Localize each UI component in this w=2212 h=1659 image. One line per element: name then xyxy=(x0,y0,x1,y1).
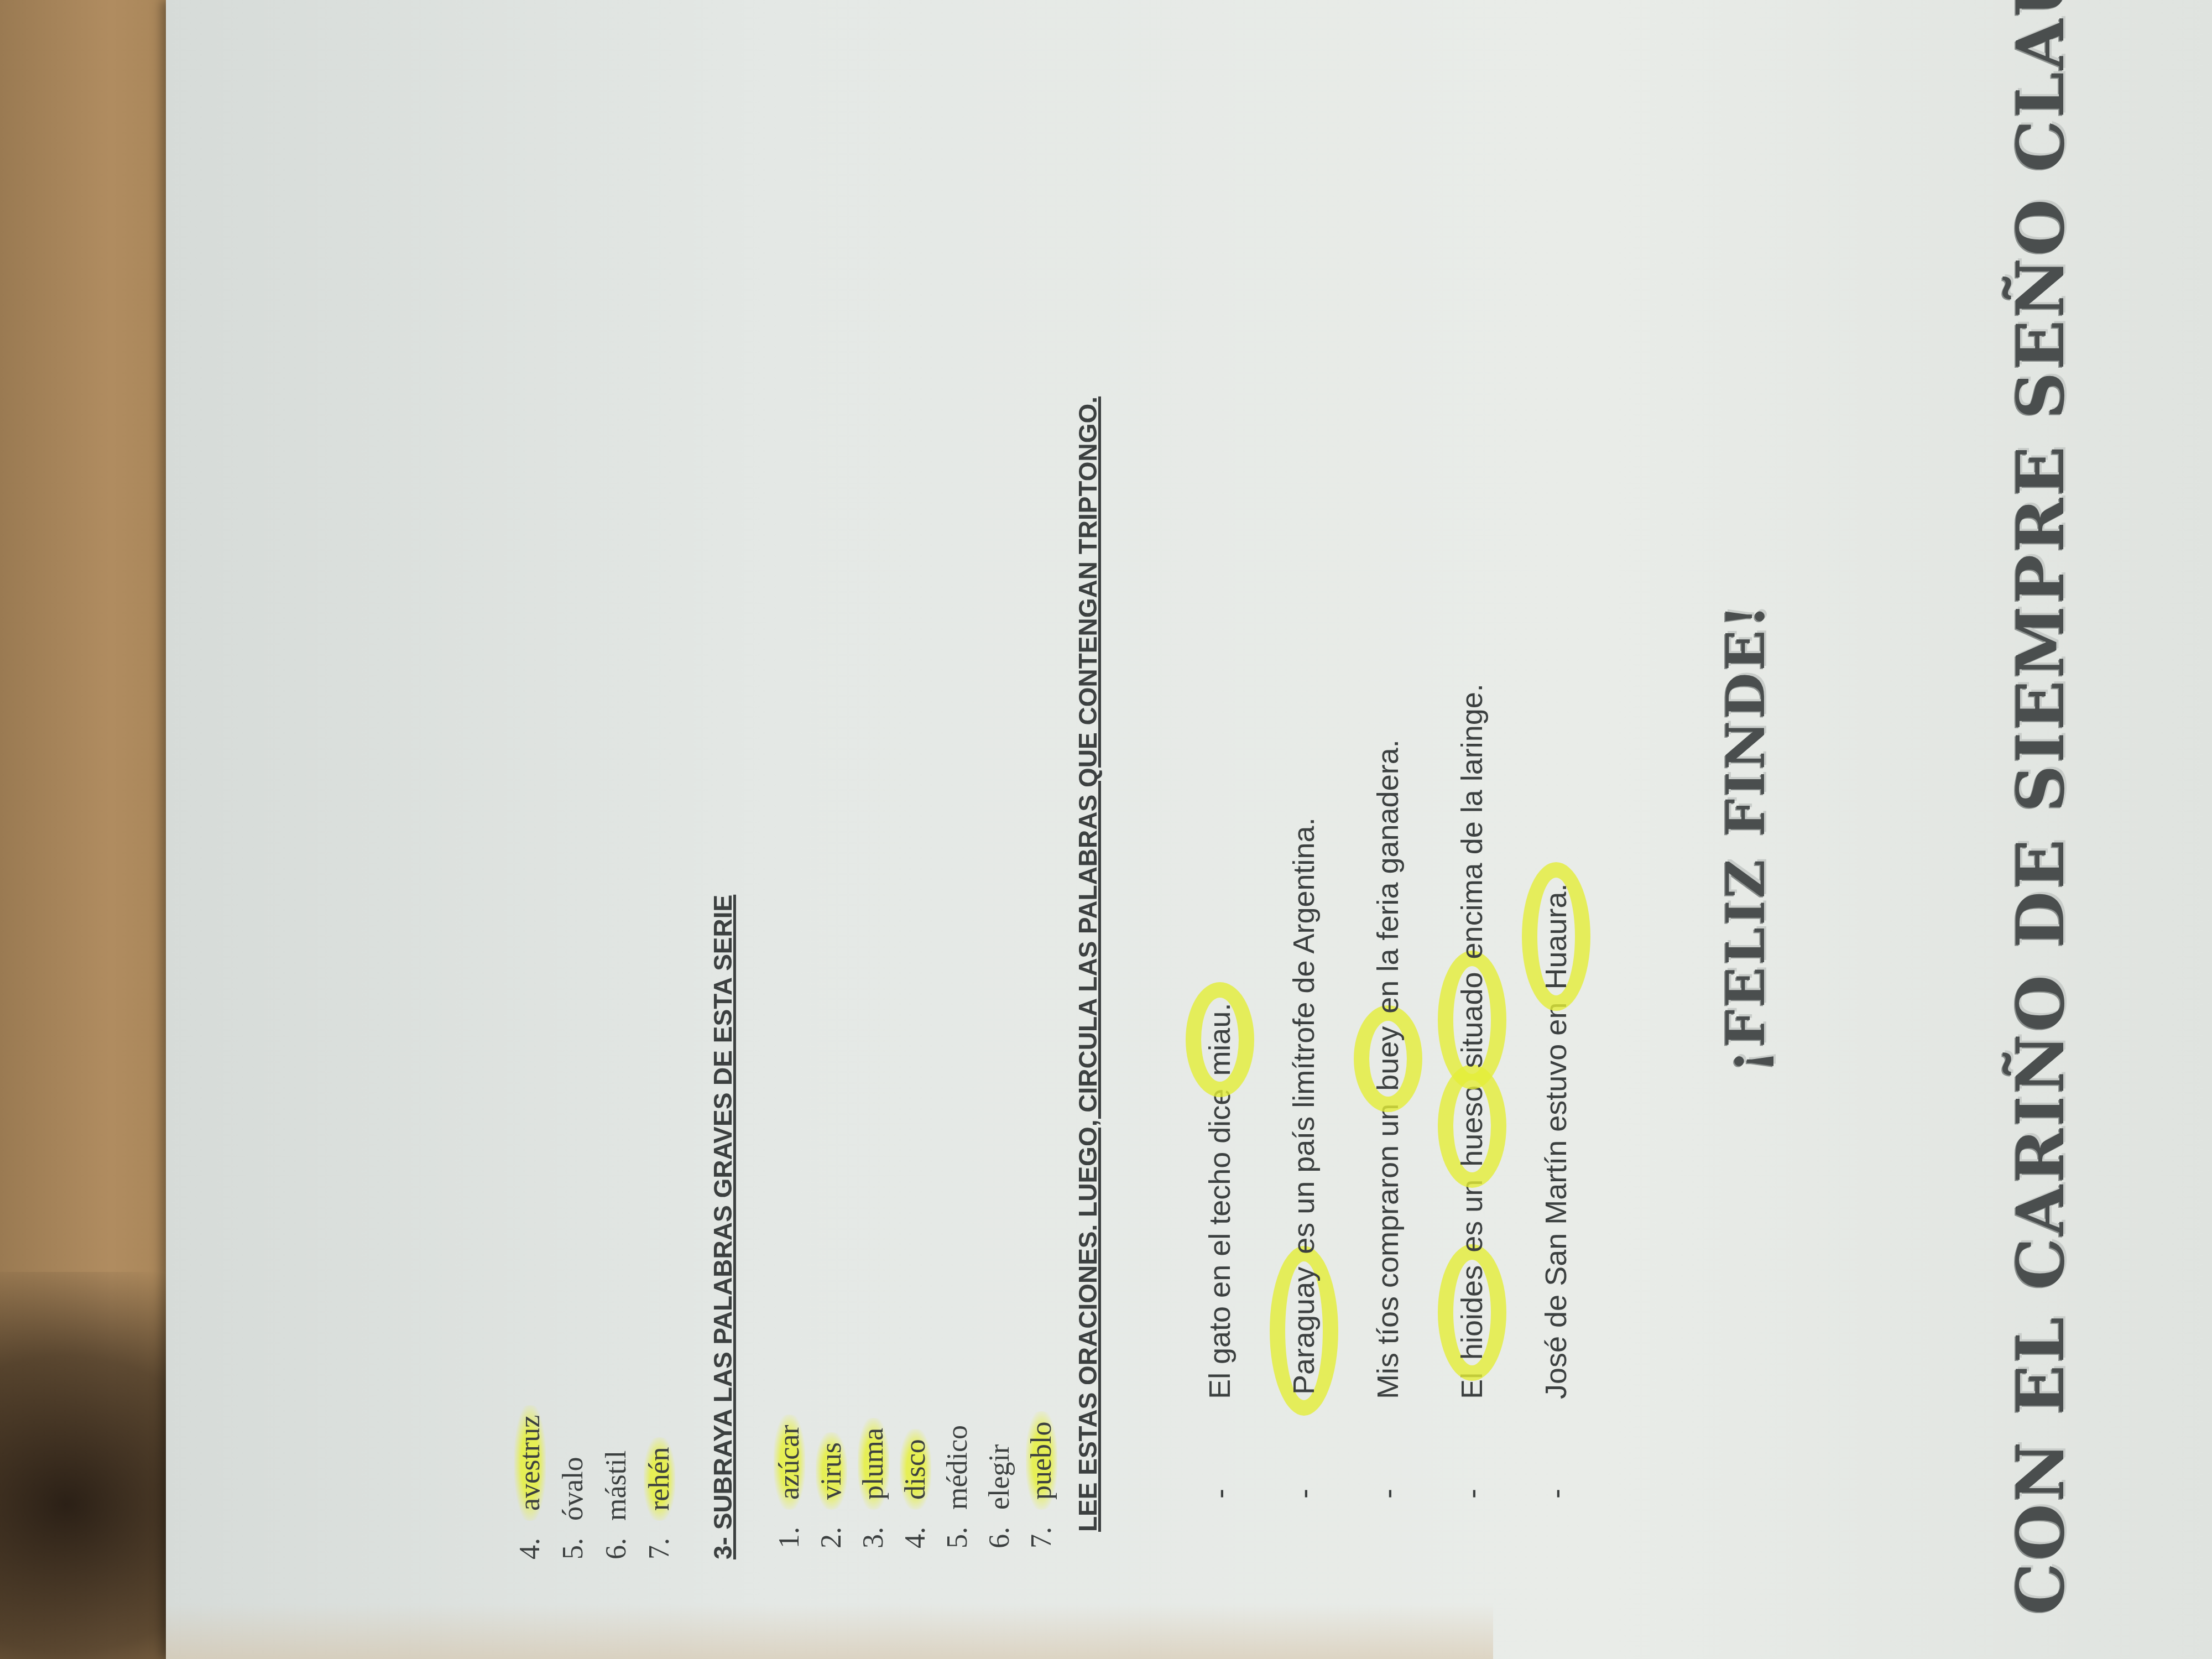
sentence-row: -El hioides es un hueso situado encima d… xyxy=(1430,684,1514,1499)
list-word: óvalo xyxy=(557,1457,589,1521)
triptongo-sentences: -El gato en el techo dice miau.-Paraguay… xyxy=(1178,684,1598,1499)
list-word: elegir xyxy=(984,1444,1015,1510)
circled-word: miau. xyxy=(1186,982,1254,1097)
word-list-item: 7.rehén xyxy=(638,1405,681,1559)
list-word: virus xyxy=(816,1432,847,1510)
feliz-finde-title: ¡FELIZ FINDE! xyxy=(1714,602,1777,1073)
circled-word: Huaura. xyxy=(1522,862,1590,1010)
bullet-dash: - xyxy=(1178,1399,1262,1499)
worksheet-content: 4.avestruz5.óvalo6.mástil7.rehén 3- SUBR… xyxy=(166,0,2157,1659)
graves-list-item: 2.virus xyxy=(811,1411,853,1548)
sentence-text: José de San Martín estuvo en xyxy=(1540,994,1573,1399)
graves-list-item: 4.disco xyxy=(895,1411,937,1548)
list-word: pluma xyxy=(858,1418,889,1510)
circled-word: situado xyxy=(1438,951,1506,1089)
sentence-row: -El gato en el techo dice miau. xyxy=(1178,684,1262,1499)
circled-word: hioides xyxy=(1438,1244,1506,1381)
sentence-text: es un país limítrofe de Argentina. xyxy=(1287,817,1321,1262)
graves-word-list: 1.azúcar2.virus3.pluma4.disco5.médico6.e… xyxy=(769,1411,1063,1548)
word-list-continued: 4.avestruz5.óvalo6.mástil7.rehén xyxy=(509,1405,681,1559)
word-list-item: 4.avestruz xyxy=(509,1405,552,1559)
graves-list-item: 7.pueblo xyxy=(1021,1411,1063,1548)
word-list-item: 6.mástil xyxy=(595,1405,638,1559)
graves-list-item: 3.pluma xyxy=(853,1411,895,1548)
sentence-row: -Mis tíos compraron un buey en la feria … xyxy=(1346,684,1430,1499)
sentence-text: Mis tíos compraron un xyxy=(1371,1095,1405,1399)
sentence-text: en la feria ganadera. xyxy=(1371,739,1405,1021)
sentence-row: -Paraguay es un país limítrofe de Argent… xyxy=(1262,684,1346,1499)
list-number: 2. xyxy=(811,1510,853,1548)
sentence-text: encima de la laringe. xyxy=(1455,684,1489,967)
graves-list-item: 1.azúcar xyxy=(769,1411,811,1548)
graves-list-item: 5.médico xyxy=(937,1411,979,1548)
list-number: 7. xyxy=(638,1521,681,1559)
list-number: 7. xyxy=(1021,1510,1063,1548)
list-number: 5. xyxy=(552,1521,595,1559)
list-word: mástil xyxy=(601,1451,632,1521)
sentence-text: El gato en el techo dice xyxy=(1203,1081,1237,1399)
list-number: 6. xyxy=(595,1521,638,1559)
bullet-dash: - xyxy=(1346,1399,1430,1499)
list-word: avestruz xyxy=(514,1405,546,1521)
bullet-dash: - xyxy=(1514,1399,1598,1499)
list-number: 4. xyxy=(895,1510,937,1548)
list-word: disco xyxy=(900,1429,931,1510)
sentence-row: -José de San Martín estuvo en Huaura. xyxy=(1514,684,1598,1499)
graves-list-item: 6.elegir xyxy=(979,1411,1021,1548)
list-word: pueblo xyxy=(1026,1411,1057,1510)
list-number: 6. xyxy=(979,1510,1021,1548)
list-word: azúcar xyxy=(774,1415,805,1510)
section-3-heading: 3- SUBRAYA LAS PALABRAS GRAVES DE ESTA S… xyxy=(708,895,738,1559)
list-number: 1. xyxy=(769,1510,811,1548)
list-word: médico xyxy=(942,1425,973,1510)
signature-line: CON EL CARIÑO DE SIEMPRE SEÑO CLAUDIA xyxy=(2002,0,2079,1615)
word-list-item: 5.óvalo xyxy=(552,1405,595,1559)
bullet-dash: - xyxy=(1430,1399,1514,1499)
list-number: 3. xyxy=(853,1510,895,1548)
circled-word: Paraguay xyxy=(1270,1246,1338,1416)
list-word: rehén xyxy=(644,1437,675,1521)
list-number: 5. xyxy=(937,1510,979,1548)
section-4-heading: LEE ESTAS ORACIONES. LUEGO, CIRCULA LAS … xyxy=(1073,397,1103,1532)
list-number: 4. xyxy=(509,1521,552,1559)
